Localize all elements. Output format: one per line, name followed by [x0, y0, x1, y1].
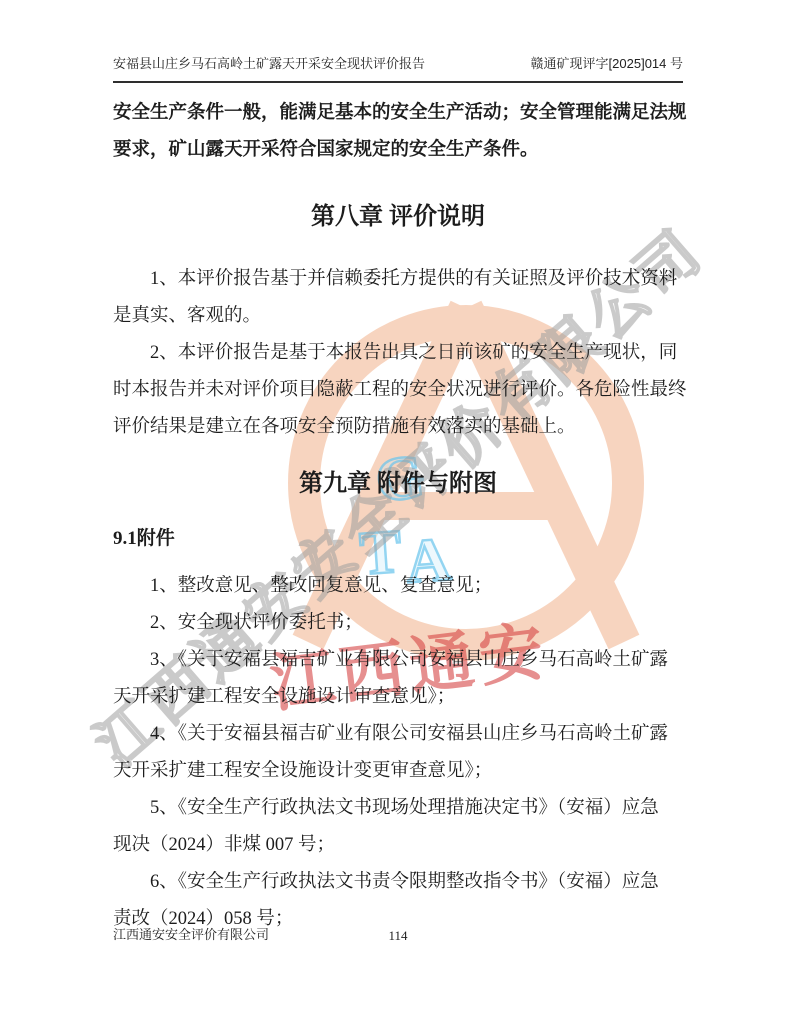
- paragraph-line: 是真实、客观的。: [113, 298, 683, 335]
- header-doc-number: 赣通矿现评字[2025]014 号: [531, 56, 683, 71]
- page-header: 安福县山庄乡马石高岭土矿露天开采安全现状评价报告 赣通矿现评字[2025]014…: [113, 56, 683, 83]
- attachment-line: 天开采扩建工程安全设施设计变更审查意见》；: [113, 753, 683, 790]
- page-content: 安福县山庄乡马石高岭土矿露天开采安全现状评价报告 赣通矿现评字[2025]014…: [0, 0, 790, 938]
- conclusion-paragraph: 安全生产条件一般，能满足基本的安全生产活动；安全管理能满足法规 要求，矿山露天开…: [113, 95, 683, 169]
- attachment-line: 天开采扩建工程安全设施设计审查意见》；: [113, 679, 683, 716]
- paragraph-line: 1、本评价报告基于并信赖委托方提供的有关证照及评价技术资料: [113, 261, 683, 298]
- attachment-line: 6、《安全生产行政执法文书责令限期整改指令书》（安福）应急: [113, 864, 683, 901]
- conclusion-line: 要求，矿山露天开采符合国家规定的安全生产条件。: [113, 132, 683, 169]
- paragraph-line: 时本报告并未对评价项目隐蔽工程的安全状况进行评价。各危险性最终: [113, 372, 683, 409]
- paragraph-line: 2、本评价报告是基于本报告出具之日前该矿的安全生产现状，同: [113, 335, 683, 372]
- attachment-line: 3、《关于安福县福吉矿业有限公司安福县山庄乡马石高岭土矿露: [113, 642, 683, 679]
- footer-page-number: 114: [113, 927, 683, 945]
- attachments-list: 1、整改意见、整改回复意见、复查意见； 2、安全现状评价委托书； 3、《关于安福…: [113, 568, 683, 938]
- conclusion-line: 安全生产条件一般，能满足基本的安全生产活动；安全管理能满足法规: [113, 95, 683, 132]
- attachment-line: 2、安全现状评价委托书；: [113, 605, 683, 642]
- chapter-9-heading: 第九章 附件与附图: [113, 466, 683, 502]
- paragraph-line: 评价结果是建立在各项安全预防措施有效落实的基础上。: [113, 409, 683, 446]
- page-footer: 江西通安安全评价有限公司 114: [0, 926, 790, 950]
- attachment-line: 4、《关于安福县福吉矿业有限公司安福县山庄乡马石高岭土矿露: [113, 716, 683, 753]
- document-page: G T A 江西通安安全评价有限公司 江西通安 安福县山庄乡马石高岭土矿露天开采…: [0, 0, 790, 1022]
- paragraph-1: 1、本评价报告基于并信赖委托方提供的有关证照及评价技术资料 是真实、客观的。: [113, 261, 683, 335]
- section-9-1-title: 9.1附件: [113, 524, 683, 554]
- header-report-title: 安福县山庄乡马石高岭土矿露天开采安全现状评价报告: [113, 56, 425, 71]
- paragraph-2: 2、本评价报告是基于本报告出具之日前该矿的安全生产现状，同 时本报告并未对评价项…: [113, 335, 683, 446]
- attachment-line: 5、《安全生产行政执法文书现场处理措施决定书》（安福）应急: [113, 790, 683, 827]
- chapter-8-heading: 第八章 评价说明: [113, 199, 683, 235]
- attachment-line: 1、整改意见、整改回复意见、复查意见；: [113, 568, 683, 605]
- attachment-line: 现决（2024）非煤 007 号；: [113, 827, 683, 864]
